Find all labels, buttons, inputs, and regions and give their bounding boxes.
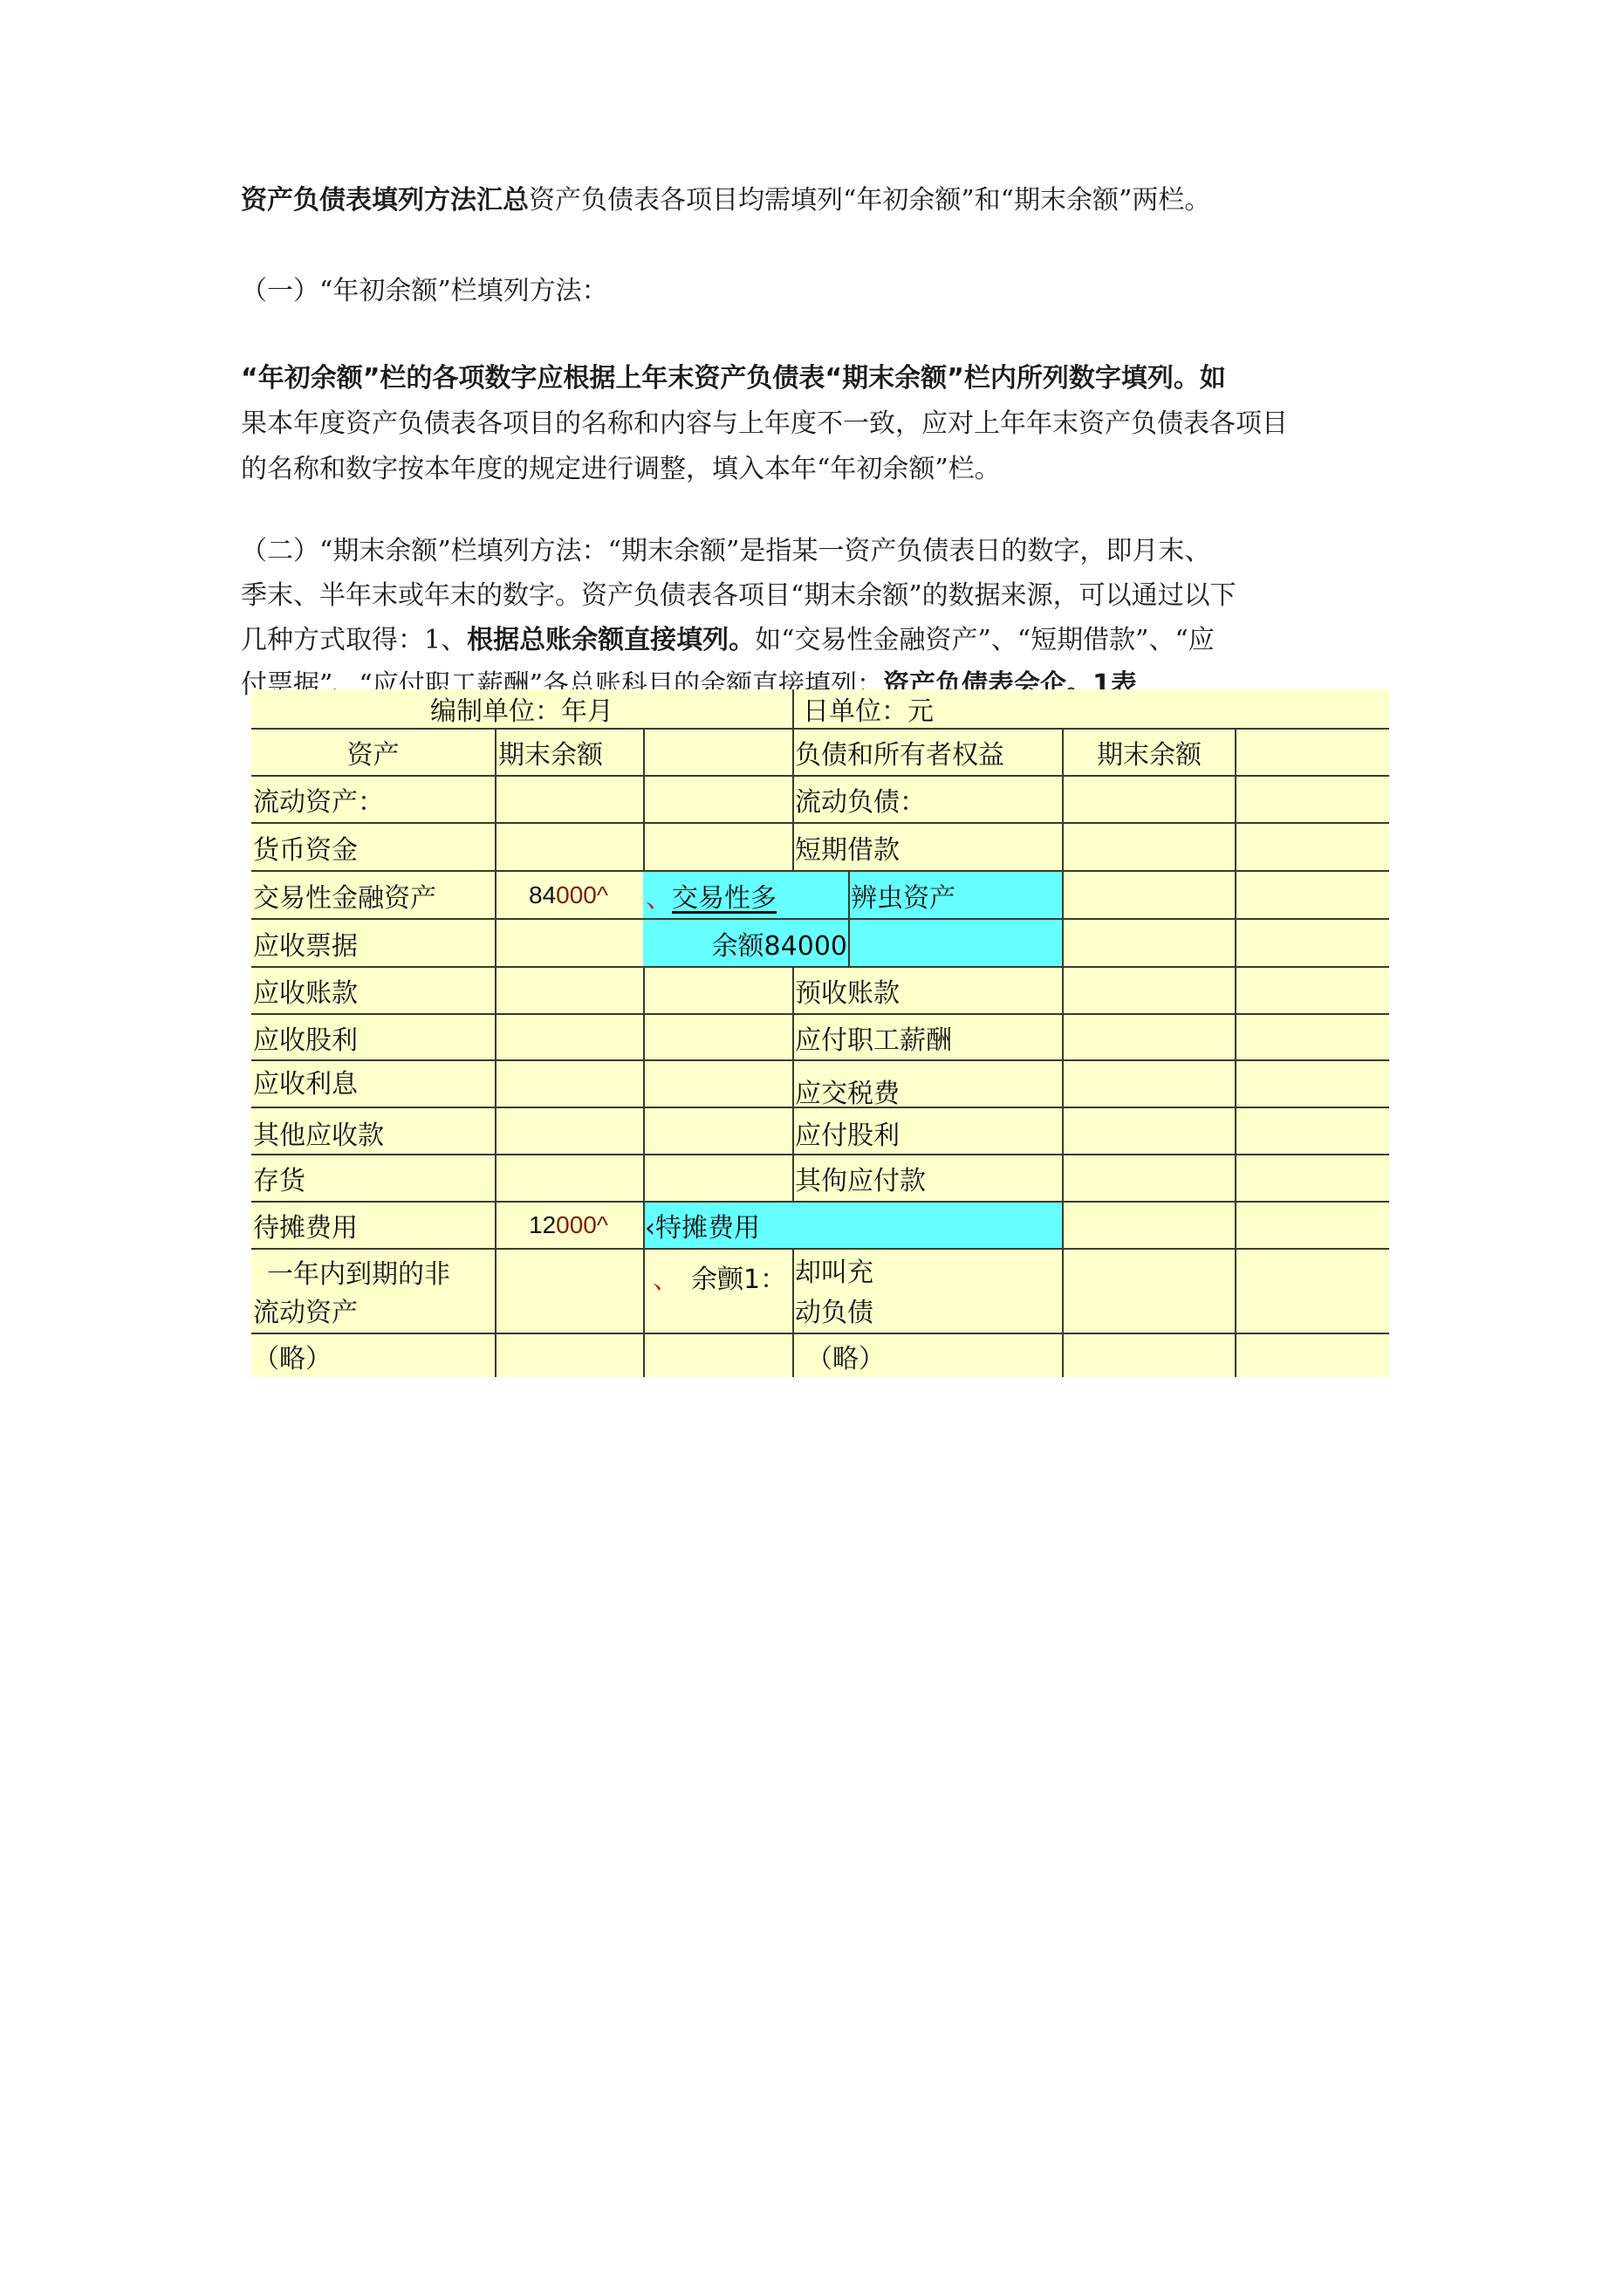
trading-annotation-suffix: 辨虫资产 [851,872,955,918]
section1-body: “年初余额”栏的各项数字应根据上年末资产负债表“期末余额”栏内所列数字填列。如 … [241,356,1428,492]
table-header-currency: 日单位：元 [803,689,1239,728]
asset-accounts-receivable: 应收账款 [253,968,358,1013]
liability-employee-payables: 应付职工薪酬 [795,1015,952,1059]
section2-line1: （二）“期末余额”栏填列方法：“期末余额”是指某一资产负债表日的数字，即月末、 [241,529,1428,573]
document-title-line: 资产负债表填列方法汇总资产负债表各项目均需填列“年初余额”和“期末余额”两栏。 [241,178,1428,223]
asset-dividends-receivable: 应收股利 [253,1015,358,1059]
balance-sheet-table: 编制单位：年月 日单位：元 资产 期末余额 负债和所有者权益 期末余额 流动资产… [251,689,1389,1377]
section2-line3-bold: 根据总账余额直接填列。 [467,625,755,655]
grid-line [251,1248,1389,1250]
asset-noncurrent-due-line2: 流动资产 [253,1292,358,1328]
prepaid-balance-annotation: 、余颤1： [653,1258,786,1295]
col-header-liabilities: 负债和所有者权益 [795,730,1062,775]
col-header-assets: 资产 [251,730,495,775]
liability-short-term-loans: 短期借款 [795,824,900,870]
asset-notes-receivable: 应收票据 [253,920,358,966]
liability-noncurrent-due-line1: 却叫充 [795,1251,873,1288]
liability-noncurrent-due-line2: 动负债 [795,1292,873,1328]
asset-other-receivables: 其他应收款 [253,1110,384,1155]
section1-line1: “年初余额”栏的各项数字应根据上年末资产负债表“期末余额”栏内所列数字填列。如 [241,356,1428,401]
asset-trading-financial-assets: 交易性金融资产 [253,872,436,918]
col-header-assets-balance: 期末余额 [498,730,643,775]
asset-omitted: （略） [253,1334,332,1378]
grid-line [251,1201,1389,1203]
asset-trading-value: 84000^ [529,872,608,918]
section2-body: （二）“期末余额”栏填列方法：“期末余额”是指某一资产负债表日的数字，即月末、 … [241,529,1428,707]
asset-cash: 货币资金 [253,824,358,870]
trading-annotation-label: 交易性多 [672,876,777,915]
grid-line [251,1059,1389,1061]
document-title: 资产负债表填列方法汇总 [241,185,529,216]
grid-line [643,728,645,870]
grid-line [1235,728,1236,1377]
col-header-liabilities-balance: 期末余额 [1064,730,1235,775]
asset-current-assets: 流动资产： [253,777,384,822]
section2-line3: 几种方式取得：1、根据总账余额直接填列。如“交易性金融资产”、“短期借款”、“应 [241,618,1428,662]
grid-line [792,728,794,870]
grid-line [1062,728,1064,1377]
section2-line3-pre: 几种方式取得：1、 [241,625,467,655]
section1-heading: （一）“年初余额”栏填列方法： [241,269,1428,314]
liability-advances-received: 预收账款 [795,968,900,1013]
liability-dividends-payable: 应付股利 [795,1110,900,1155]
section1-line2: 果本年度资产负债表各项目的名称和内容与上年度不一致，应对上年年末资产负债表各项目 [241,401,1428,447]
prepaid-annotation: ‹特摊费用 [645,1203,760,1248]
asset-inventory: 存货 [253,1155,305,1201]
document-intro: 资产负债表各项目均需填列“年初余额”和“期末余额”两栏。 [529,185,1210,216]
asset-prepaid-value: 12000^ [529,1203,608,1248]
section2-line2: 季末、半年末或年末的数字。资产负债表各项目“期末余额”的数据来源，可以通过以下 [241,573,1428,618]
trading-balance-annotation: 余额84000 [645,920,847,966]
grid-line [848,870,850,966]
liability-omitted: （略） [806,1334,885,1378]
section1-line3: 的名称和数字按本年度的规定进行调整，填入本年“年初余额”栏。 [241,447,1428,492]
asset-prepaid-expenses: 待摊费用 [253,1203,358,1248]
grid-line [643,966,645,1377]
section2-line3-post: 如“交易性金融资产”、“短期借款”、“应 [755,625,1215,655]
grid-line [792,689,794,728]
asset-noncurrent-due-line1: 一年内到期的非 [267,1253,450,1290]
liability-other-payables: 其佝应付款 [795,1155,926,1201]
liability-current-liabilities: 流动负债： [795,777,926,822]
trading-annotation: 、交易性多 [646,872,777,918]
table-header-unit: 编制单位：年月 [251,689,792,728]
grid-line [792,1248,794,1377]
grid-line [792,966,794,1201]
asset-interest-receivable: 应收利息 [253,1061,358,1101]
liability-taxes-payable: 应交税费 [795,1068,900,1114]
grid-line [495,728,496,1377]
